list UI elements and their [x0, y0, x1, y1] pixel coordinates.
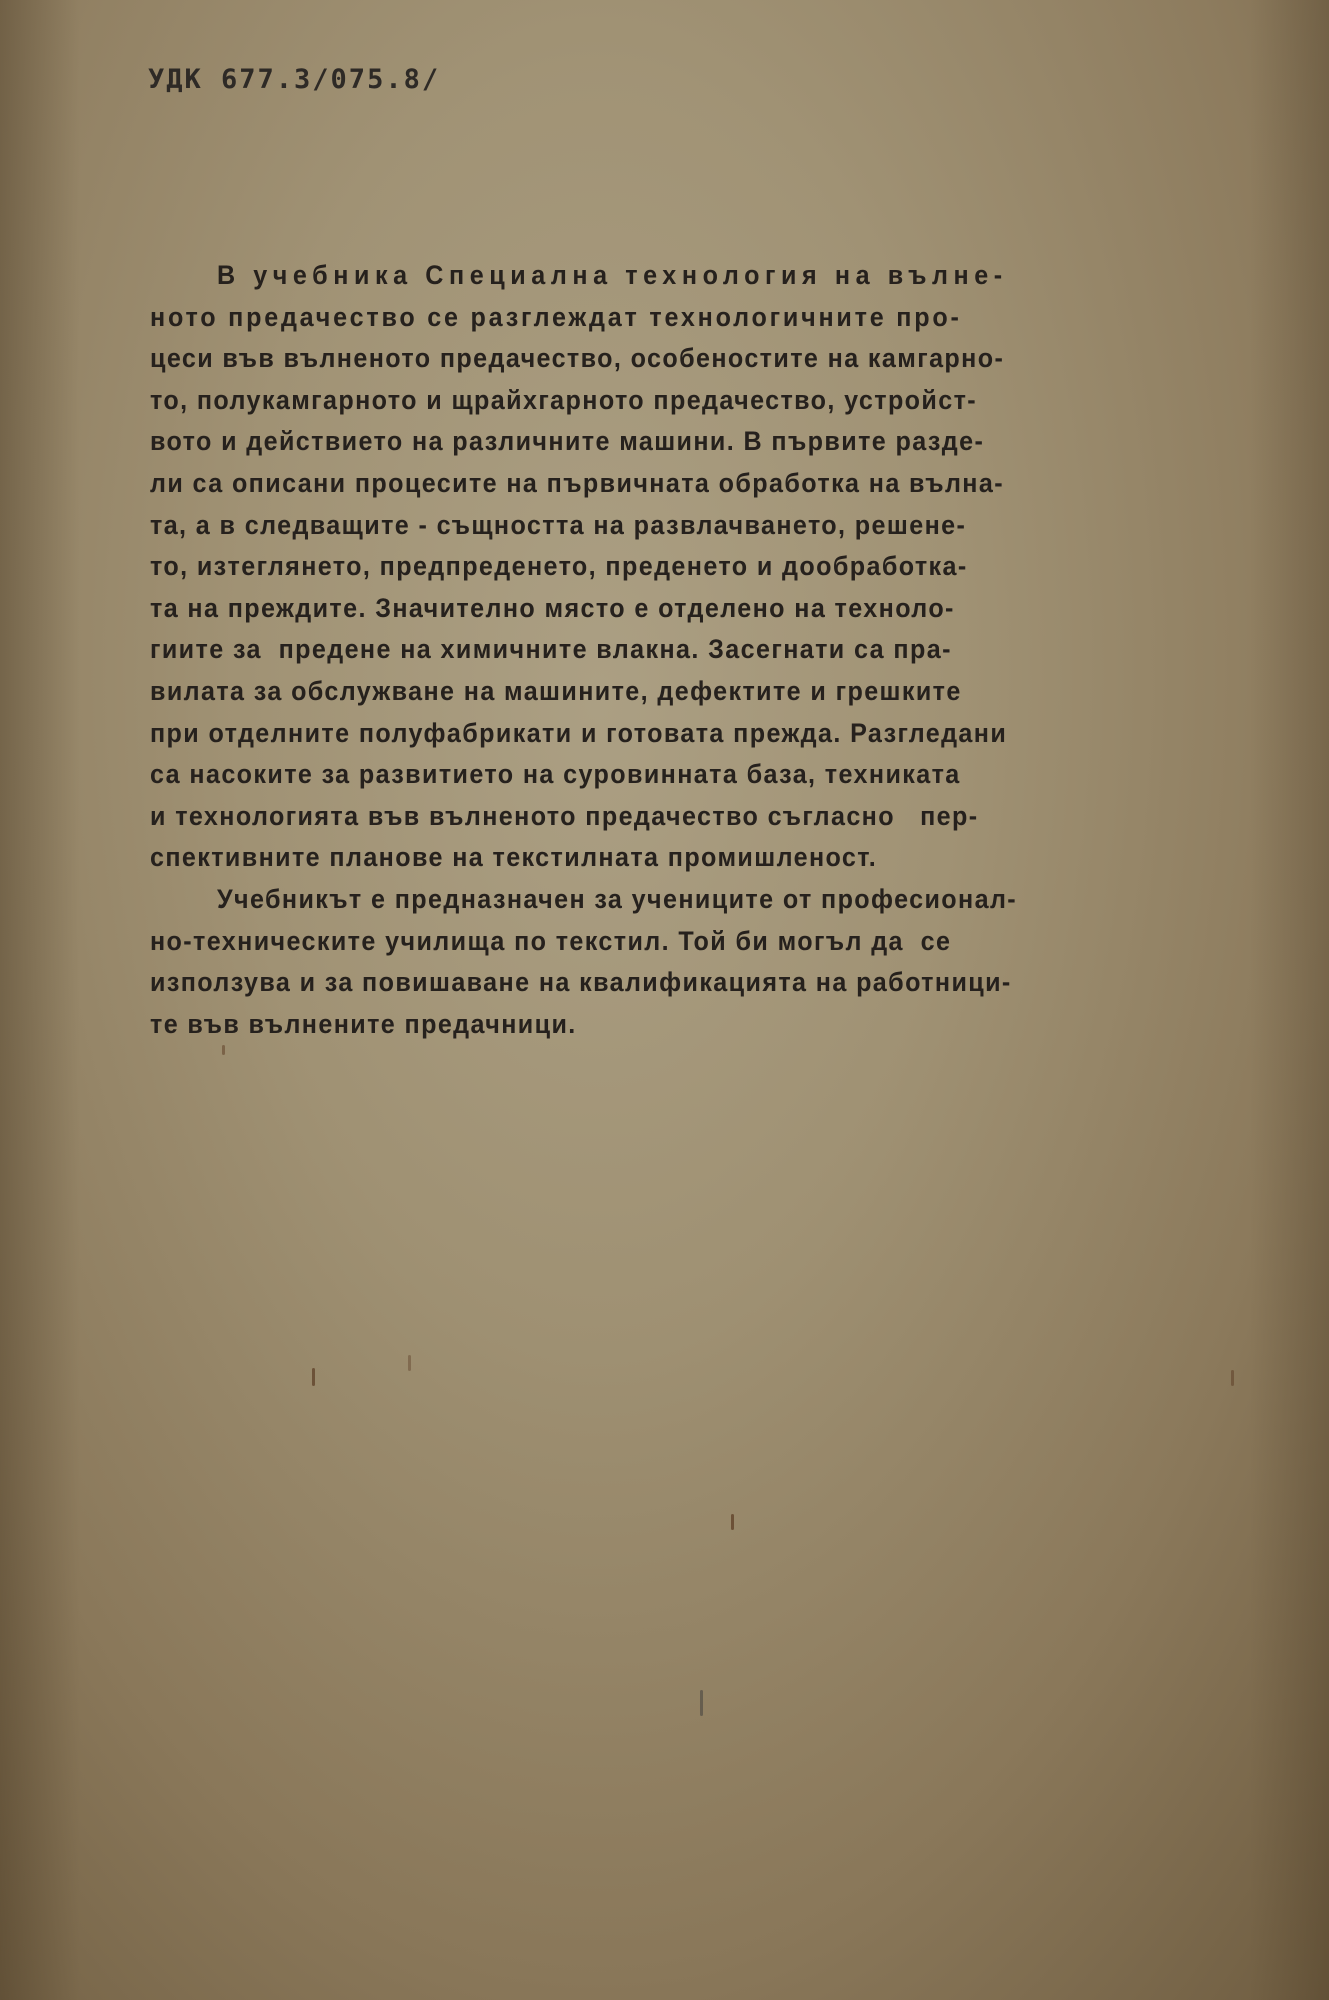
text-line: използува и за повишаване на квалификаци…: [150, 962, 1164, 1004]
text-line: но-техническите училища по текстил. Той …: [150, 921, 1164, 963]
paper-fiber-speck: [731, 1514, 734, 1530]
text-line: вото и действието на различните машини. …: [150, 421, 1164, 463]
text-line: то, изтеглянето, предпреденето, преденет…: [150, 546, 1164, 588]
text-line: и технологията във вълненото предачество…: [150, 796, 1164, 838]
udk-classification: УДК 677.3/075.8/: [148, 64, 440, 95]
text-line: вилата за обслужване на машините, дефект…: [150, 671, 1164, 713]
text-line: цеси във вълненото предачество, особенос…: [150, 338, 1164, 380]
paragraph-1: В учебника Специална технология на вълне…: [150, 255, 1240, 879]
text-line: гиите за предене на химичните влакна. За…: [150, 629, 1164, 671]
text-line: Учебникът е предназначен за учениците от…: [150, 879, 1164, 921]
paper-fiber-speck: [700, 1690, 703, 1716]
text-line: те във вълнените предачници.: [150, 1004, 1164, 1046]
text-line: В учебника Специална технология на вълне…: [150, 255, 1164, 297]
paper-fiber-speck: [222, 1045, 225, 1055]
paragraph-2: Учебникът е предназначен за учениците от…: [150, 879, 1240, 1045]
text-line: то, полукамгарното и щрайхгарното предач…: [150, 380, 1164, 422]
scanned-page: УДК 677.3/075.8/ В учебника Специална те…: [0, 0, 1329, 2000]
text-line: са насоките за развитието на суровинната…: [150, 754, 1164, 796]
paper-fiber-speck: [312, 1368, 315, 1386]
text-line: при отделните полуфабрикати и готовата п…: [150, 713, 1164, 755]
paper-fiber-speck: [408, 1355, 411, 1371]
paper-fiber-speck: [1231, 1370, 1234, 1386]
text-line: ли са описани процесите на първичната об…: [150, 463, 1164, 505]
text-line: ното предачество се разглеждат технологи…: [150, 297, 1164, 339]
text-line: та на преждите. Значително място е отдел…: [150, 588, 1164, 630]
text-line: спективните планове на текстилната проми…: [150, 837, 1164, 879]
annotation-text: В учебника Специална технология на вълне…: [150, 255, 1240, 1045]
text-line: та, а в следващите - същността на развла…: [150, 505, 1164, 547]
